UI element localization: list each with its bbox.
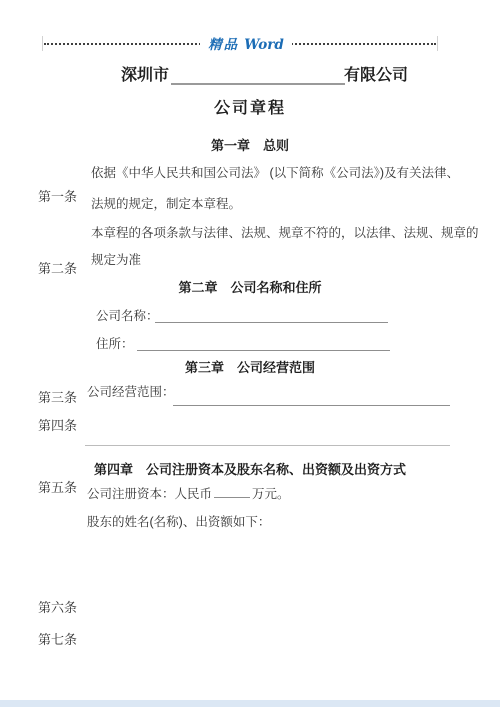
business-scope-blank-line2[interactable] bbox=[85, 431, 450, 446]
company-name-blank[interactable] bbox=[171, 67, 345, 85]
address-field-blank[interactable] bbox=[137, 336, 390, 351]
company-name-suffix: 有限公司 bbox=[344, 62, 408, 85]
registered-capital-line: 公司注册资本：人民币 万元。 bbox=[87, 482, 290, 502]
watermark-brand-en: Word bbox=[244, 37, 284, 53]
watermark-brand-cn: 精品 bbox=[208, 37, 239, 52]
article-1-label: 第一条 bbox=[38, 186, 77, 205]
document-title: 公司章程 bbox=[0, 95, 500, 118]
registered-capital-suffix: 万元。 bbox=[252, 484, 290, 502]
article-5-label: 第五条 bbox=[38, 477, 77, 496]
shareholders-intro-line: 股东的姓名(名称)、出资额如下： bbox=[87, 512, 270, 530]
article-6-label: 第六条 bbox=[38, 597, 77, 616]
company-name-field-blank[interactable] bbox=[155, 308, 388, 323]
company-name-field-label: 公司名称： bbox=[96, 306, 159, 324]
article-4-label: 第四条 bbox=[38, 415, 77, 434]
chapter-1-heading: 第一章 总则 bbox=[0, 135, 500, 154]
article-1-text-line1: 依据《中华人民共和国公司法》 (以下简称《公司法》)及有关法律、 bbox=[91, 163, 459, 181]
chapter-2-heading: 第二章 公司名称和住所 bbox=[0, 277, 500, 296]
article-1-text-line2: 法规的规定，制定本章程。 bbox=[91, 194, 241, 212]
registered-capital-blank[interactable] bbox=[214, 482, 250, 498]
business-scope-label: 公司经营范围： bbox=[87, 382, 175, 400]
chapter-3-heading: 第三章 公司经营范围 bbox=[0, 357, 500, 376]
article-7-label: 第七条 bbox=[38, 629, 77, 648]
registered-capital-prefix: 公司注册资本：人民币 bbox=[87, 484, 212, 502]
article-2-text-line2: 规定为准 bbox=[91, 250, 141, 268]
document-page: 精品Word 深圳市 有限公司 公司章程 第一章 总则 依据《中华人民共和国公司… bbox=[0, 0, 500, 707]
watermark: 精品Word bbox=[0, 33, 492, 54]
company-name-prefix: 深圳市 bbox=[121, 62, 169, 85]
article-2-label: 第二条 bbox=[38, 258, 77, 277]
business-scope-blank-line1[interactable] bbox=[173, 391, 450, 406]
article-3-label: 第三条 bbox=[38, 387, 77, 406]
chapter-4-heading: 第四章 公司注册资本及股东名称、出资额及出资方式 bbox=[0, 459, 500, 478]
article-2-text-line1: 本章程的各项条款与法律、法规、规章不符的，以法律、法规、规章的 bbox=[91, 223, 479, 241]
address-field-label: 住所： bbox=[96, 334, 134, 352]
footer-accent-bar bbox=[0, 700, 500, 707]
